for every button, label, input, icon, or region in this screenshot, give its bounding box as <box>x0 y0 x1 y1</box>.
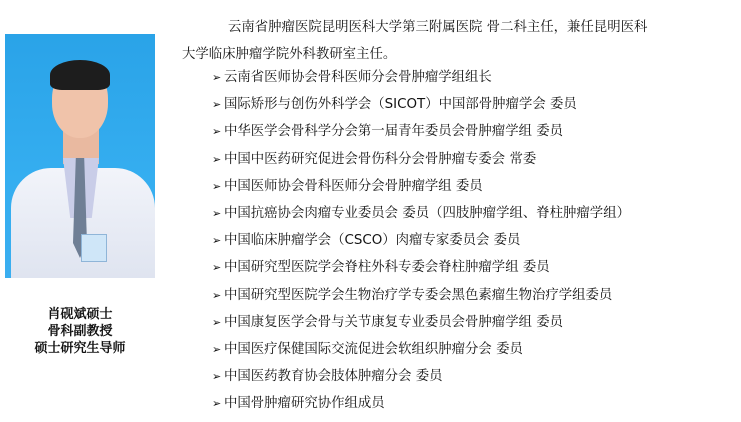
doctor-role: 硕士研究生导师 <box>0 340 160 357</box>
arrow-bullet-icon: ➢ <box>212 118 224 145</box>
doctor-name: 肖砚斌硕士 <box>0 306 160 323</box>
list-item: ➢国际矫形与创伤外科学会（SICOT）中国部骨肿瘤学会 委员 <box>212 91 630 118</box>
doctor-title: 骨科副教授 <box>0 323 160 340</box>
intro-paragraph: 云南省肿瘤医院昆明医科大学第三附属医院 骨二科主任，兼任昆明医科 大学临床肿瘤学… <box>182 14 722 68</box>
id-badge <box>81 234 107 262</box>
intro-line-1: 云南省肿瘤医院昆明医科大学第三附属医院 骨二科主任，兼任昆明医科 <box>182 14 722 41</box>
list-item: ➢中国抗癌协会肉瘤专业委员会 委员（四肢肿瘤学组、脊柱肿瘤学组） <box>212 200 630 227</box>
arrow-bullet-icon: ➢ <box>212 146 224 173</box>
list-item: ➢中国中医药研究促进会骨伤科分会骨肿瘤专委会 常委 <box>212 146 630 173</box>
list-item: ➢中国临床肿瘤学会（CSCO）肉瘤专家委员会 委员 <box>212 227 630 254</box>
list-item: ➢云南省医师协会骨科医师分会骨肿瘤学组组长 <box>212 64 630 91</box>
arrow-bullet-icon: ➢ <box>212 363 224 390</box>
doctor-photo <box>5 34 155 278</box>
arrow-bullet-icon: ➢ <box>212 173 224 200</box>
arrow-bullet-icon: ➢ <box>212 254 224 281</box>
list-item: ➢中国骨肿瘤研究协作组成员 <box>212 390 630 417</box>
list-item: ➢中国康复医学会骨与关节康复专业委员会骨肿瘤学组 委员 <box>212 309 630 336</box>
positions-list: ➢云南省医师协会骨科医师分会骨肿瘤学组组长 ➢国际矫形与创伤外科学会（SICOT… <box>212 64 630 418</box>
doctor-caption: 肖砚斌硕士 骨科副教授 硕士研究生导师 <box>0 306 160 357</box>
hair <box>50 60 110 90</box>
list-item: ➢中华医学会骨科学分会第一届青年委员会骨肿瘤学组 委员 <box>212 118 630 145</box>
arrow-bullet-icon: ➢ <box>212 64 224 91</box>
arrow-bullet-icon: ➢ <box>212 227 224 254</box>
list-item: ➢中国研究型医院学会生物治疗学专委会黑色素瘤生物治疗学组委员 <box>212 282 630 309</box>
list-item: ➢中国研究型医院学会脊柱外科专委会脊柱肿瘤学组 委员 <box>212 254 630 281</box>
list-item: ➢中国医药教育协会肢体肿瘤分会 委员 <box>212 363 630 390</box>
list-item: ➢中国医疗保健国际交流促进会软组织肿瘤分会 委员 <box>212 336 630 363</box>
arrow-bullet-icon: ➢ <box>212 91 224 118</box>
arrow-bullet-icon: ➢ <box>212 309 224 336</box>
arrow-bullet-icon: ➢ <box>212 336 224 363</box>
arrow-bullet-icon: ➢ <box>212 282 224 309</box>
list-item: ➢中国医师协会骨科医师分会骨肿瘤学组 委员 <box>212 173 630 200</box>
arrow-bullet-icon: ➢ <box>212 200 224 227</box>
arrow-bullet-icon: ➢ <box>212 390 224 417</box>
